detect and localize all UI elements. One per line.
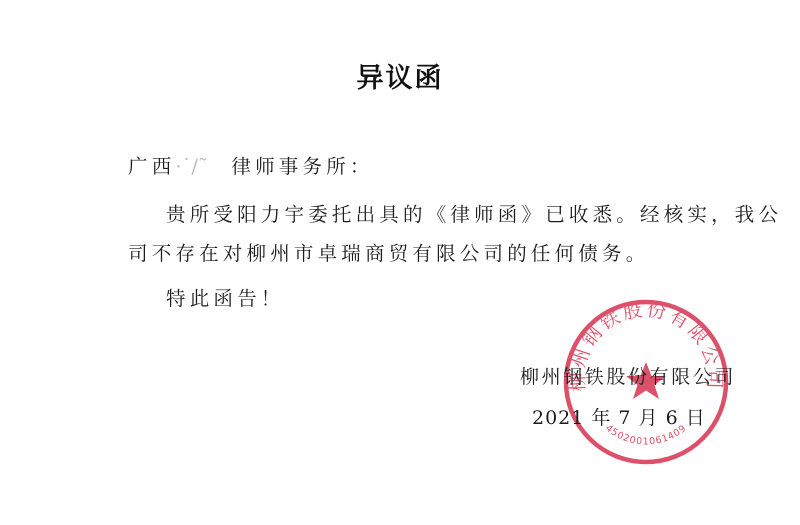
signature-date: 2021 年 7 月 6 日 bbox=[532, 403, 706, 430]
redacted-text: ·˙/˜ bbox=[175, 155, 231, 178]
body-paragraph-1: 贵所受阳力宇委托出具的《律师函》已收悉。经核实，我公 bbox=[166, 199, 782, 227]
document-title: 异议函 bbox=[0, 56, 800, 95]
addressee-line: 广西·˙/˜律师事务所： bbox=[128, 151, 374, 179]
closing-line: 特此函告！ bbox=[166, 283, 285, 311]
signature-company: 柳州钢铁股份有限公司 bbox=[520, 362, 736, 389]
body-paragraph-1-cont: 司不存在对柳州市卓瑞商贸有限公司的任何债务。 bbox=[128, 238, 649, 266]
addressee-suffix: 律师事务所： bbox=[231, 155, 373, 178]
addressee-prefix: 广西 bbox=[128, 155, 175, 178]
